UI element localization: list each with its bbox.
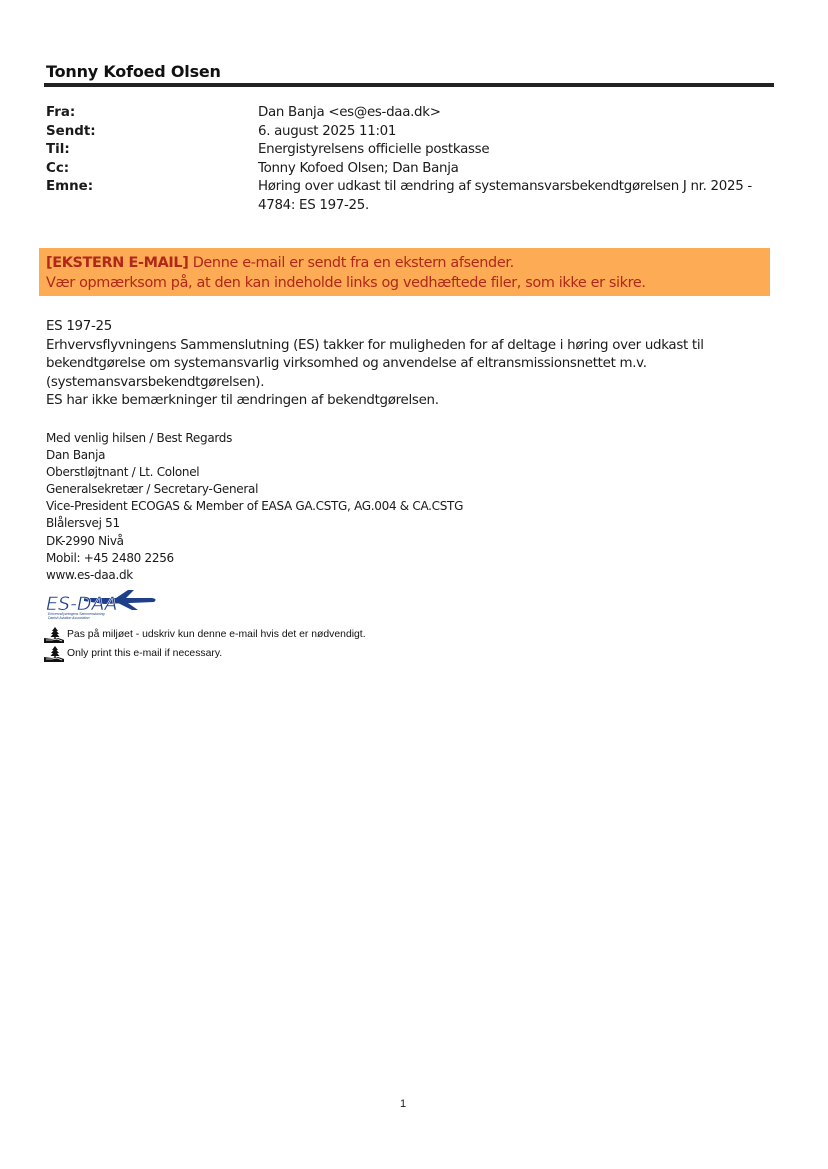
email-body: ES 197-25 Erhvervsflyvningens Sammenslut… [46,318,746,411]
tree-printer-icon [44,627,66,643]
header-divider [44,83,774,87]
header-sent: Sendt: 6. august 2025 11:01 [46,123,778,142]
subject-label: Emne: [46,178,258,215]
body-reference: ES 197-25 [46,318,746,337]
eco-note-english: Only print this e-mail if necessary. [44,644,366,663]
eco-note-text: Only print this e-mail if necessary. [67,644,222,663]
sent-value: 6. august 2025 11:01 [258,123,778,142]
header-cc: Cc: Tonny Kofoed Olsen; Dan Banja [46,160,778,179]
eco-note-text: Pas på miljøet - udskriv kun denne e-mai… [67,625,366,644]
subject-value: Høring over udkast til ændring af system… [258,178,778,215]
to-label: Til: [46,141,258,160]
eco-notes: Pas på miljøet - udskriv kun denne e-mai… [44,625,366,663]
external-email-warning: [EKSTERN E-MAIL] Denne e-mail er sendt f… [39,248,770,296]
body-line: Erhvervsflyvningens Sammenslutning (ES) … [46,337,746,356]
signature-roles: Vice-President ECOGAS & Member of EASA G… [46,498,463,515]
warning-tag: [EKSTERN E-MAIL] [46,255,188,271]
warning-line-1: Denne e-mail er sendt fra en ekstern afs… [188,255,513,271]
page-number: 1 [400,1098,406,1110]
from-label: Fra: [46,104,258,123]
sent-label: Sendt: [46,123,258,142]
signature: Med venlig hilsen / Best Regards Dan Ban… [46,430,463,584]
body-line: (systemansvarsbekendtgørelsen). [46,374,746,393]
signature-street: Blålersvej 51 [46,515,463,532]
mailbox-owner: Tonny Kofoed Olsen [46,62,221,81]
header-subject: Emne: Høring over udkast til ændring af … [46,178,778,215]
es-daa-logo: ES-DAA Erhvervsflyvningens Sammenslutnin… [44,584,159,622]
warning-line-2: Vær opmærksom på, at den kan indeholde l… [46,273,770,293]
to-value: Energistyrelsens officielle postkasse [258,141,778,160]
email-header: Fra: Dan Banja <es@es-daa.dk> Sendt: 6. … [46,104,778,215]
signature-phone: Mobil: +45 2480 2256 [46,550,463,567]
body-line: bekendtgørelse om systemansvarlig virkso… [46,355,746,374]
signature-rank: Oberstløjtnant / Lt. Colonel [46,464,463,481]
header-to: Til: Energistyrelsens officielle postkas… [46,141,778,160]
body-line: ES har ikke bemærkninger til ændringen a… [46,392,746,411]
svg-text:Danish Aviation Association: Danish Aviation Association [48,616,90,620]
signature-greeting: Med venlig hilsen / Best Regards [46,430,463,447]
eco-note-danish: Pas på miljøet - udskriv kun denne e-mai… [44,625,366,644]
signature-website-link[interactable]: www.es-daa.dk [46,567,463,584]
header-from: Fra: Dan Banja <es@es-daa.dk> [46,104,778,123]
cc-label: Cc: [46,160,258,179]
tree-printer-icon [44,646,66,662]
cc-value: Tonny Kofoed Olsen; Dan Banja [258,160,778,179]
signature-name: Dan Banja [46,447,463,464]
from-value: Dan Banja <es@es-daa.dk> [258,104,778,123]
signature-city: DK-2990 Nivå [46,533,463,550]
signature-title: Generalsekretær / Secretary-General [46,481,463,498]
